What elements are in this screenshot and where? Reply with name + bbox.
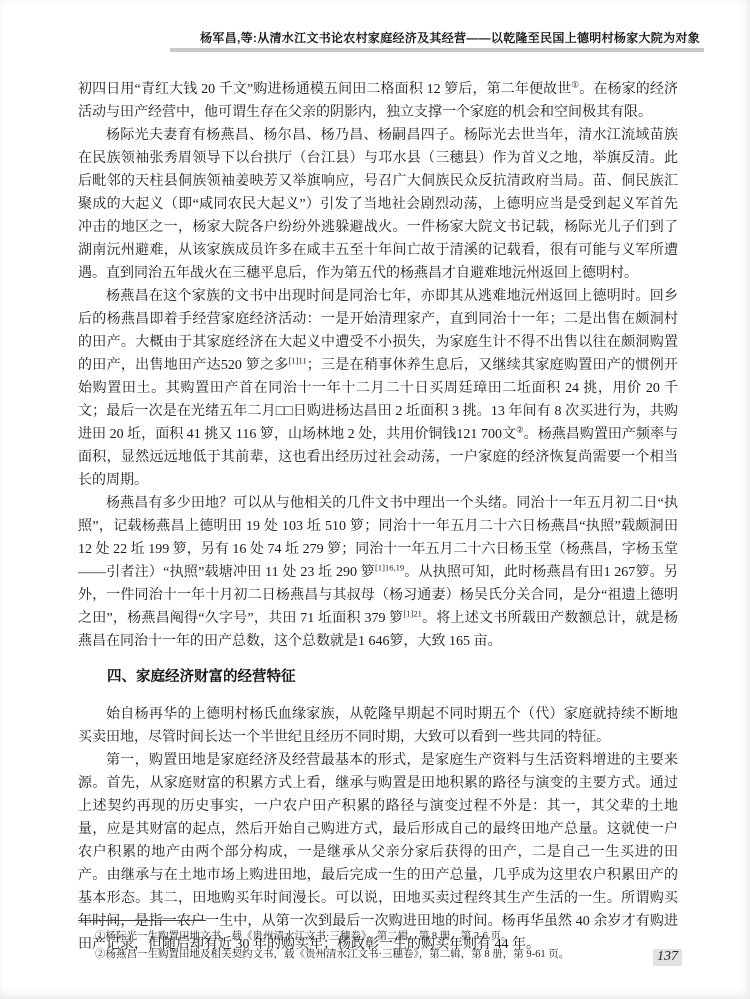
page-number: 137 bbox=[653, 949, 682, 966]
article-body: 初四日用“青红大钱 20 千文”购进杨通模五间田二格面积 12 箩后，第二年便故… bbox=[78, 78, 678, 956]
section-heading: 四、家庭经济财富的经营特征 bbox=[78, 666, 678, 689]
footnote-2: ②杨燕昌一生购置田地及相关契约文书，载《贵州清水江文书·三穗卷》，第二辑，第 8… bbox=[78, 946, 688, 964]
footnote-1: ①杨际光一生购置田地文书，载《贵州清水江文书·三穗卷》，第二辑，第 8 册，第 … bbox=[78, 928, 688, 946]
paragraph: 杨燕昌有多少田地？可以从与他相关的几件文书中理出一个头绪。同治十一年五月初二日“… bbox=[78, 492, 678, 653]
paragraph: 杨燕昌在这个家族的文书中出现时间是同治七年，亦即其从逃难地沅州返回上德明时。回乡… bbox=[78, 285, 678, 492]
paragraph: 始自杨再华的上德明村杨氏血缘家族，从乾隆早期起不同时期五个（代）家庭就持续不断地… bbox=[78, 703, 678, 749]
paragraph-continuation: 初四日用“青红大钱 20 千文”购进杨通模五间田二格面积 12 箩后，第二年便故… bbox=[78, 78, 678, 124]
scanned-paper-page: 杨军昌,等:从清水江文书论农村家庭经济及其经营——以乾隆至民国上德明村杨家大院为… bbox=[0, 0, 750, 999]
footnotes-block: ①杨际光一生购置田地文书，载《贵州清水江文书·三穗卷》，第二辑，第 8 册，第 … bbox=[78, 920, 688, 963]
paragraph: 杨际光夫妻育有杨燕昌、杨尔昌、杨乃昌、杨嗣昌四子。杨际光去世当年，清水江流域苗族… bbox=[78, 124, 678, 285]
header-rule bbox=[170, 48, 704, 52]
footnote-separator bbox=[78, 920, 206, 921]
running-header: 杨军昌,等:从清水江文书论农村家庭经济及其经营——以乾隆至民国上德明村杨家大院为… bbox=[60, 29, 700, 46]
